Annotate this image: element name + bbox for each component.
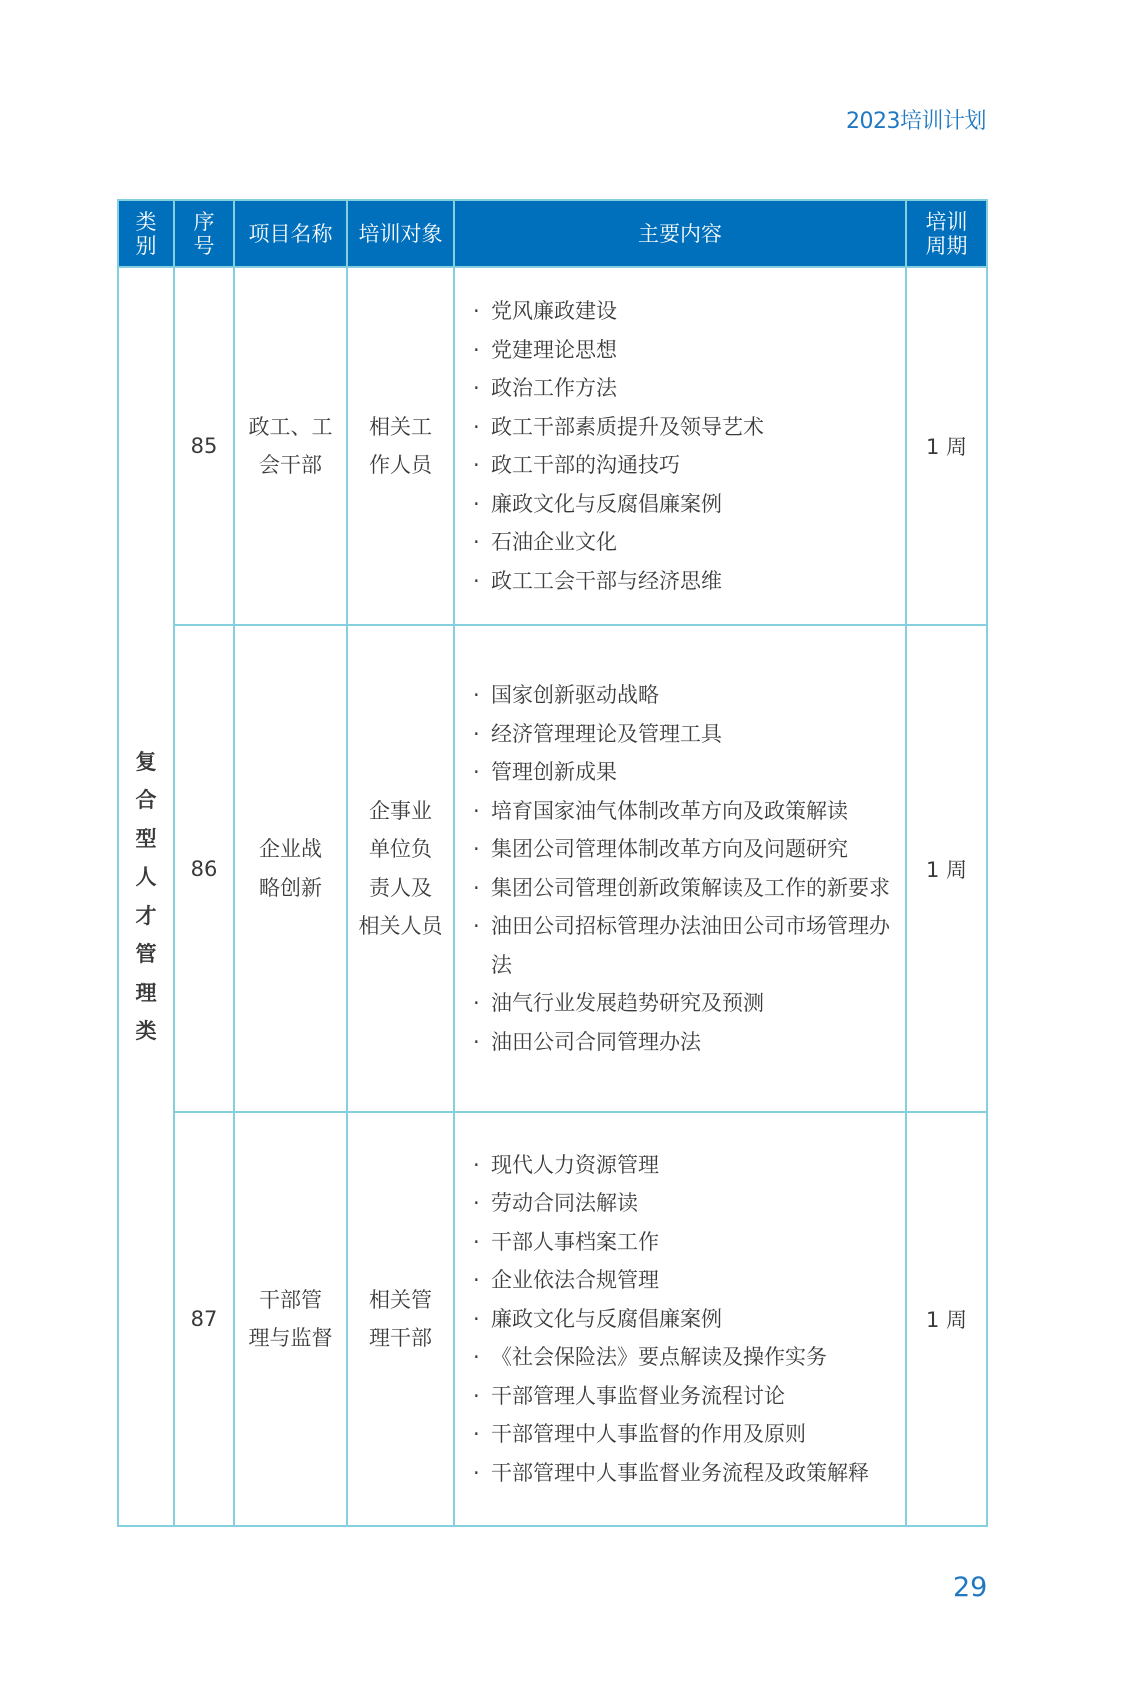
header-contents: 主要内容 <box>454 200 906 267</box>
list-item: ·干部管理中人事监督业务流程及政策解释 <box>471 1454 905 1493</box>
list-item: ·干部管理人事监督业务流程讨论 <box>471 1377 905 1416</box>
header-duration: 培训周期 <box>906 200 987 267</box>
list-item: ·政工干部素质提升及领导艺术 <box>471 408 905 447</box>
page-number: 29 <box>953 1572 987 1603</box>
list-item: ·干部管理中人事监督的作用及原则 <box>471 1415 905 1454</box>
row-number: 86 <box>174 625 234 1112</box>
list-item: ·国家创新驱动战略 <box>471 676 905 715</box>
project-name: 企业战略创新 <box>234 625 347 1112</box>
list-item: ·经济管理理论及管理工具 <box>471 715 905 754</box>
category-cell: 复 合 型 人 才 管 理 类 <box>118 267 174 1526</box>
list-item: ·政治工作方法 <box>471 369 905 408</box>
content-list: ·党风廉政建设 ·党建理论思想 ·政治工作方法 ·政工干部素质提升及领导艺术 ·… <box>471 292 905 600</box>
list-item: ·集团公司管理创新政策解读及工作的新要求 <box>471 869 905 908</box>
audience: 相关管理干部 <box>347 1112 454 1526</box>
table-row: 87 干部管理与监督 相关管理干部 ·现代人力资源管理 ·劳动合同法解读 ·干部… <box>118 1112 987 1526</box>
content-list-cell: ·国家创新驱动战略 ·经济管理理论及管理工具 ·管理创新成果 ·培育国家油气体制… <box>454 625 906 1112</box>
table-row: 复 合 型 人 才 管 理 类 85 政工、工会干部 相关工作人员 ·党风廉政建… <box>118 267 987 625</box>
list-item: ·企业依法合规管理 <box>471 1261 905 1300</box>
training-plan-table: 类别 序号 项目名称 培训对象 主要内容 培训周期 复 合 型 人 才 管 理 … <box>117 199 988 1527</box>
content-list-cell: ·现代人力资源管理 ·劳动合同法解读 ·干部人事档案工作 ·企业依法合规管理 ·… <box>454 1112 906 1526</box>
duration: 1 周 <box>906 1112 987 1526</box>
list-item: ·油气行业发展趋势研究及预测 <box>471 984 905 1023</box>
project-name: 干部管理与监督 <box>234 1112 347 1526</box>
list-item: ·管理创新成果 <box>471 753 905 792</box>
list-item: ·油田公司招标管理办法油田公司市场管理办法 <box>471 907 905 984</box>
table-header-row: 类别 序号 项目名称 培训对象 主要内容 培训周期 <box>118 200 987 267</box>
table-row: 86 企业战略创新 企事业单位负责人及相关人员 ·国家创新驱动战略 ·经济管理理… <box>118 625 987 1112</box>
content-list: ·现代人力资源管理 ·劳动合同法解读 ·干部人事档案工作 ·企业依法合规管理 ·… <box>471 1146 905 1493</box>
row-number: 85 <box>174 267 234 625</box>
audience: 相关工作人员 <box>347 267 454 625</box>
list-item: ·干部人事档案工作 <box>471 1223 905 1262</box>
list-item: ·油田公司合同管理办法 <box>471 1023 905 1062</box>
list-item: ·《社会保险法》要点解读及操作实务 <box>471 1338 905 1377</box>
list-item: ·廉政文化与反腐倡廉案例 <box>471 485 905 524</box>
duration: 1 周 <box>906 625 987 1112</box>
list-item: ·党建理论思想 <box>471 331 905 370</box>
list-item: ·现代人力资源管理 <box>471 1146 905 1185</box>
header-category: 类别 <box>118 200 174 267</box>
duration: 1 周 <box>906 267 987 625</box>
list-item: ·培育国家油气体制改革方向及政策解读 <box>471 792 905 831</box>
row-number: 87 <box>174 1112 234 1526</box>
list-item: ·政工干部的沟通技巧 <box>471 446 905 485</box>
document-title: 2023培训计划 <box>846 104 986 135</box>
list-item: ·集团公司管理体制改革方向及问题研究 <box>471 830 905 869</box>
list-item: ·党风廉政建设 <box>471 292 905 331</box>
content-list-cell: ·党风廉政建设 ·党建理论思想 ·政治工作方法 ·政工干部素质提升及领导艺术 ·… <box>454 267 906 625</box>
header-audience: 培训对象 <box>347 200 454 267</box>
list-item: ·廉政文化与反腐倡廉案例 <box>471 1300 905 1339</box>
content-list: ·国家创新驱动战略 ·经济管理理论及管理工具 ·管理创新成果 ·培育国家油气体制… <box>471 676 905 1061</box>
list-item: ·劳动合同法解读 <box>471 1184 905 1223</box>
project-name: 政工、工会干部 <box>234 267 347 625</box>
header-number: 序号 <box>174 200 234 267</box>
header-project-name: 项目名称 <box>234 200 347 267</box>
audience: 企事业单位负责人及相关人员 <box>347 625 454 1112</box>
list-item: ·政工工会干部与经济思维 <box>471 562 905 601</box>
list-item: ·石油企业文化 <box>471 523 905 562</box>
